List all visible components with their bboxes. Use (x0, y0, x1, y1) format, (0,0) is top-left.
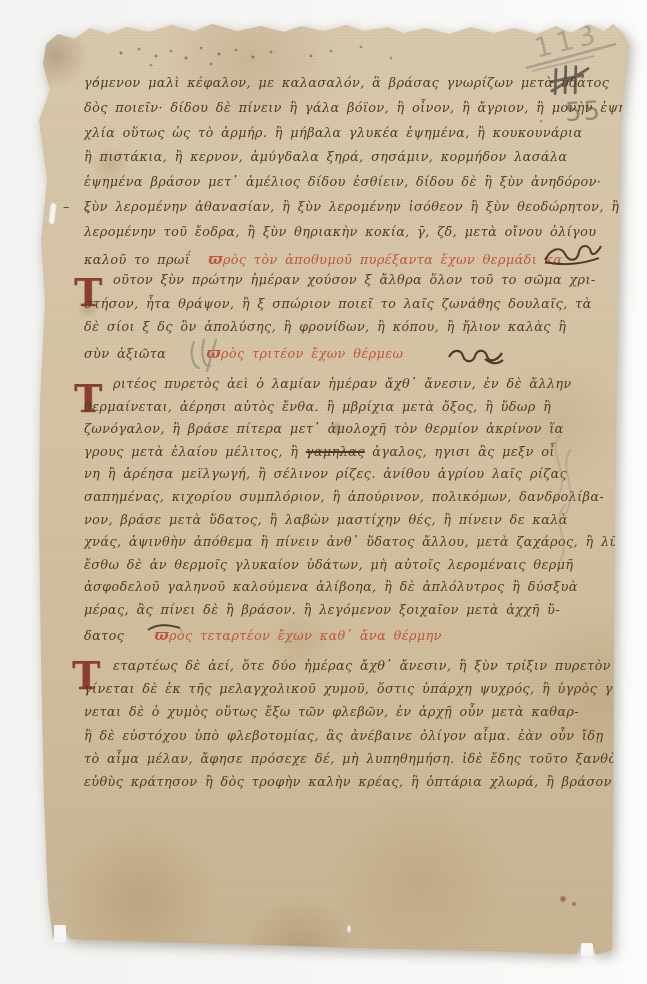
manuscript-leaf: 113 55 γόμενον μαλὶ κέφαλον, με καλασαλό… (0, 0, 647, 984)
bottom-edge-notch (581, 943, 593, 956)
paper-surface: 113 55 γόμενον μαλὶ κέφαλον, με καλασαλό… (0, 0, 647, 984)
scanned-page: 113 55 γόμενον μαλὶ κέφαλον, με καλασαλό… (0, 0, 647, 984)
wormhole-specks (0, 0, 2, 2)
bottom-edge-notch (54, 925, 66, 942)
edge-shading (0, 0, 647, 984)
